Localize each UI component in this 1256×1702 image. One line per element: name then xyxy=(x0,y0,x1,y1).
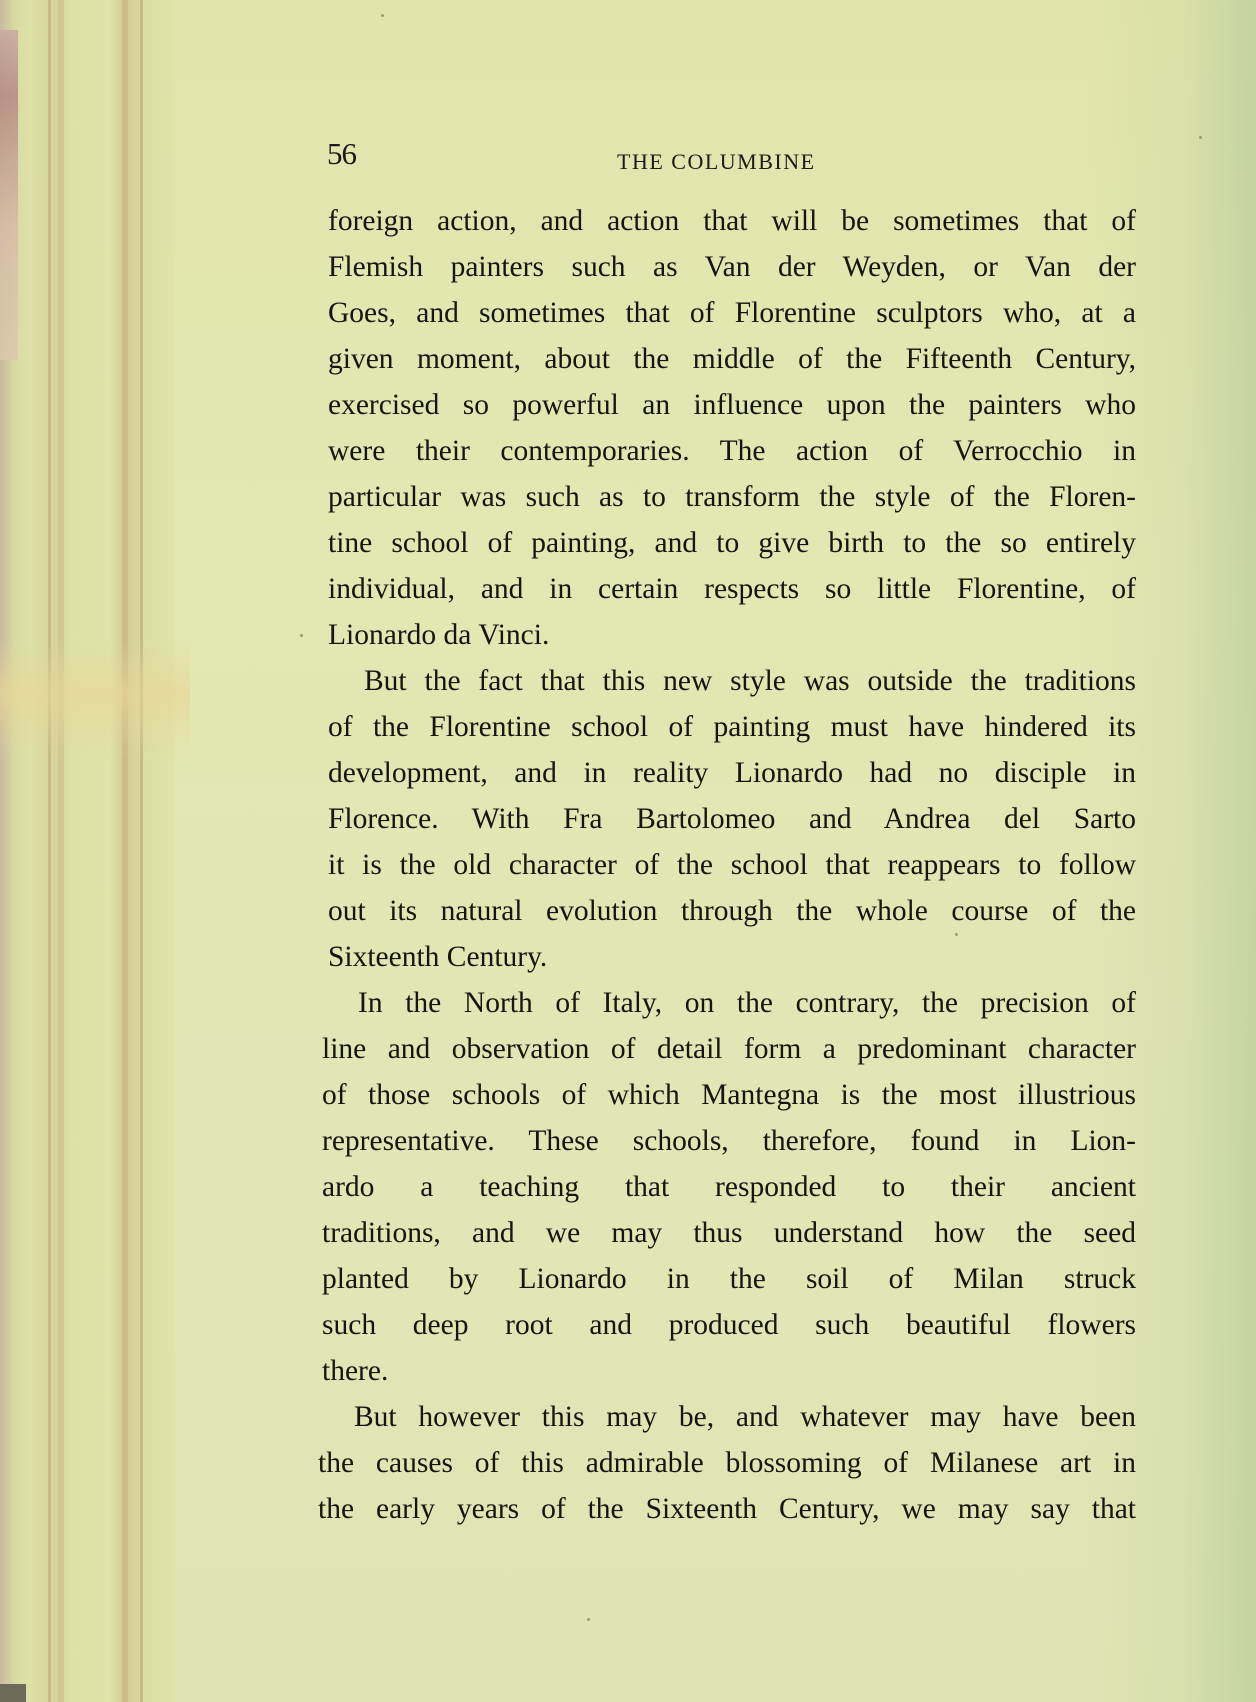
text-line: of those schools of which Mantegna is th… xyxy=(322,1072,1136,1118)
paragraph: In the North of Italy, on the contrary, … xyxy=(322,980,1136,1394)
text-line: development, and in reality Lionardo had… xyxy=(328,750,1136,796)
book-page: 56 THE COLUMBINE foreign action, and act… xyxy=(0,0,1256,1702)
running-head: THE COLUMBINE xyxy=(617,149,816,175)
dust-speck xyxy=(1199,136,1202,139)
text-line: Goes, and sometimes that of Florentine s… xyxy=(328,290,1136,336)
text-line: it is the old character of the school th… xyxy=(328,842,1136,888)
text-line: Sixteenth Century. xyxy=(328,934,1136,980)
adjacent-page-edge xyxy=(0,30,18,360)
text-line: Florence. With Fra Bartolomeo and Andrea… xyxy=(328,796,1136,842)
text-line: But however this may be, and whatever ma… xyxy=(318,1394,1136,1440)
scan-corner-mark xyxy=(0,1684,26,1702)
page-edge-line xyxy=(48,0,51,1702)
text-line: individual, and in certain respects so l… xyxy=(328,566,1136,612)
page-shadow xyxy=(1186,0,1256,1702)
dust-speck xyxy=(300,634,303,637)
text-line: Flemish painters such as Van der Weyden,… xyxy=(328,244,1136,290)
text-line: out its natural evolution through the wh… xyxy=(328,888,1136,934)
text-line: the causes of this admirable blossoming … xyxy=(318,1440,1136,1486)
dust-speck xyxy=(587,1618,590,1621)
paragraph: But however this may be, and whatever ma… xyxy=(318,1394,1136,1532)
paragraph: But the fact that this new style was out… xyxy=(328,658,1136,980)
text-line: ardo a teaching that responded to their … xyxy=(322,1164,1136,1210)
text-line: there. xyxy=(322,1348,1136,1394)
text-line: traditions, and we may thus understand h… xyxy=(322,1210,1136,1256)
text-line: exercised so powerful an influence upon … xyxy=(328,382,1136,428)
text-line: planted by Lionardo in the soil of Milan… xyxy=(322,1256,1136,1302)
text-line: Lionardo da Vinci. xyxy=(328,612,1136,658)
text-line: were their contemporaries. The action of… xyxy=(328,428,1136,474)
text-line: But the fact that this new style was out… xyxy=(328,658,1136,704)
page-edge-line xyxy=(58,0,64,1702)
paragraph: foreign action, and action that will be … xyxy=(328,198,1136,658)
text-line: foreign action, and action that will be … xyxy=(328,198,1136,244)
text-line: given moment, about the middle of the Fi… xyxy=(328,336,1136,382)
page-header: 56 THE COLUMBINE xyxy=(327,136,1147,176)
text-line: In the North of Italy, on the contrary, … xyxy=(322,980,1136,1026)
page-edge-line xyxy=(122,0,128,1702)
body-text: foreign action, and action that will be … xyxy=(328,198,1136,1532)
page-edge-line xyxy=(140,0,143,1702)
text-line: such deep root and produced such beautif… xyxy=(322,1302,1136,1348)
dust-speck xyxy=(381,14,384,17)
book-gutter xyxy=(0,0,175,1702)
page-number: 56 xyxy=(327,136,356,172)
text-line: representative. These schools, therefore… xyxy=(322,1118,1136,1164)
text-line: particular was such as to transform the … xyxy=(328,474,1136,520)
text-line: tine school of painting, and to give bir… xyxy=(328,520,1136,566)
text-line: the early years of the Sixteenth Century… xyxy=(318,1486,1136,1532)
text-line: line and observation of detail form a pr… xyxy=(322,1026,1136,1072)
text-line: of the Florentine school of painting mus… xyxy=(328,704,1136,750)
scan-glare xyxy=(0,640,190,760)
